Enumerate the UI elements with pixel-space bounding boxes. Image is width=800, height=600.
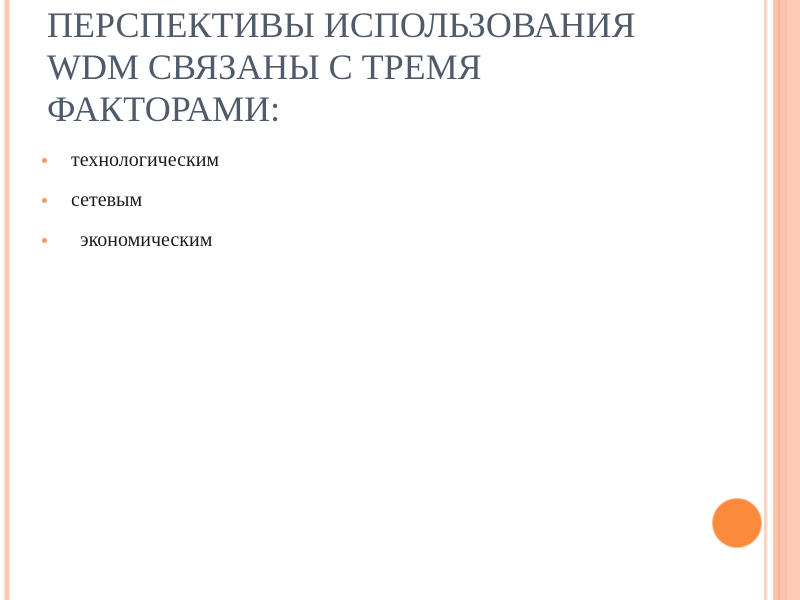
- title-line: ПЕРСПЕКТИВЫ ИСПОЛЬЗОВАНИЯ: [47, 4, 747, 46]
- bullet-icon: [42, 238, 47, 243]
- right-thin-stripe: [764, 0, 768, 600]
- bullet-icon: [42, 198, 47, 203]
- bullet-text: сетевым: [71, 189, 142, 211]
- bullet-list: технологическим сетевым экономическим: [40, 143, 219, 263]
- slide-title: ПЕРСПЕКТИВЫ ИСПОЛЬЗОВАНИЯ WDM СВЯЗАНЫ С …: [47, 0, 747, 130]
- title-line: WDM СВЯЗАНЫ С ТРЕМЯ: [47, 46, 747, 88]
- list-item: технологическим: [40, 143, 219, 183]
- bullet-icon: [42, 158, 47, 163]
- left-border-stripe: [4, 0, 10, 600]
- list-item: сетевым: [40, 183, 219, 223]
- right-border-band: [773, 0, 800, 600]
- list-item: экономическим: [40, 223, 219, 263]
- bullet-text: технологическим: [71, 149, 219, 171]
- slide: ПЕРСПЕКТИВЫ ИСПОЛЬЗОВАНИЯ WDM СВЯЗАНЫ С …: [0, 0, 800, 600]
- title-line: ФАКТОРАМИ:: [47, 88, 747, 130]
- bullet-text: экономическим: [71, 229, 212, 251]
- decorative-circle-icon: [713, 499, 761, 547]
